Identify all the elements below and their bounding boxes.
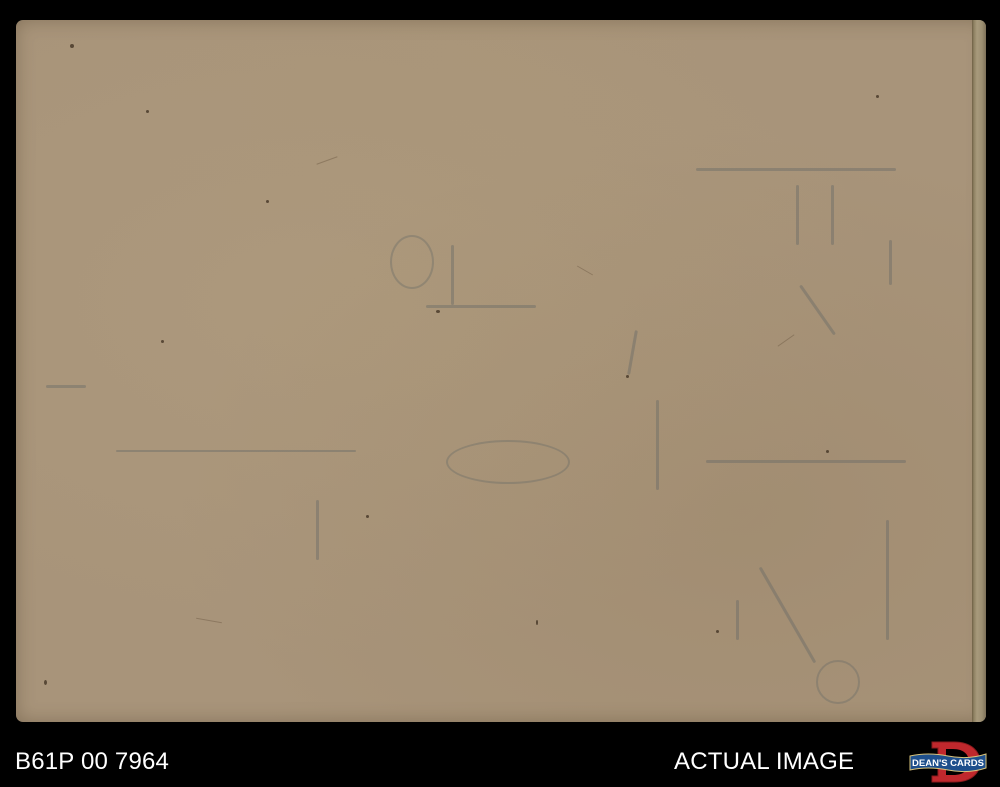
paper-speck: [366, 515, 369, 518]
deans-cards-logo: DEAN'S CARDS: [908, 740, 988, 784]
paper-speck: [70, 44, 74, 48]
pencil-mark: [706, 460, 906, 463]
pencil-mark: [831, 185, 834, 245]
card-edge: [972, 20, 986, 722]
paper-speck: [876, 95, 879, 98]
pencil-mark: [799, 285, 836, 336]
pencil-mark: [816, 660, 860, 704]
pencil-mark: [696, 168, 896, 171]
pencil-mark: [316, 500, 319, 560]
paper-speck: [826, 450, 829, 453]
logo-icon: DEAN'S CARDS: [908, 740, 988, 784]
pencil-mark: [886, 520, 889, 640]
paper-fiber: [316, 156, 337, 164]
svg-text:DEAN'S CARDS: DEAN'S CARDS: [912, 758, 984, 769]
pencil-mark: [451, 245, 454, 305]
pencil-mark: [446, 440, 570, 484]
actual-image-label: ACTUAL IMAGE: [674, 748, 854, 776]
paper-speck: [161, 340, 164, 343]
pencil-mark: [759, 567, 817, 664]
paper-fiber: [778, 334, 795, 346]
pencil-mark: [46, 385, 86, 388]
paper-fiber: [196, 618, 222, 623]
pencil-mark: [426, 305, 536, 308]
paper-speck: [626, 375, 629, 378]
pencil-mark: [116, 450, 356, 452]
pencil-mark: [627, 330, 638, 375]
card-back: [16, 20, 986, 722]
pencil-mark: [390, 235, 434, 289]
paper-fiber: [577, 266, 593, 276]
paper-speck: [716, 630, 719, 633]
image-viewer: B61P 00 7964 ACTUAL IMAGE DEAN'S CARDS: [0, 0, 1000, 787]
pencil-mark: [889, 240, 892, 285]
pencil-mark: [656, 400, 659, 490]
paper-speck: [44, 680, 47, 685]
item-id: B61P 00 7964: [15, 748, 169, 776]
paper-speck: [436, 310, 440, 313]
pencil-mark: [796, 185, 799, 245]
pencil-mark: [736, 600, 739, 640]
paper-speck: [536, 620, 538, 625]
paper-speck: [146, 110, 149, 113]
paper-speck: [266, 200, 269, 203]
